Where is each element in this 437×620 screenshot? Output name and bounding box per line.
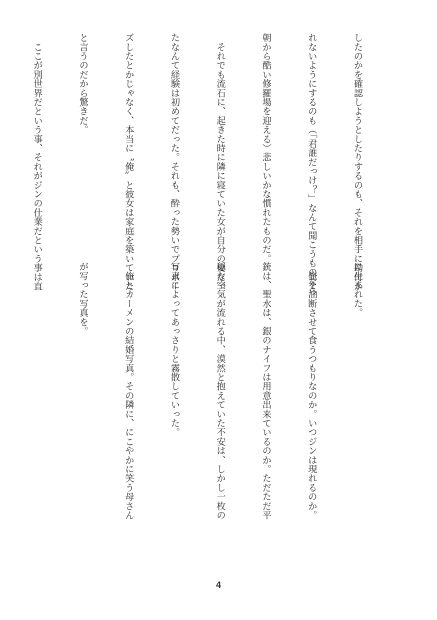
text-line: 俺を油断させて食うつもりなのか。いつジンは現れるのか。	[304, 262, 319, 466]
text-block-top: したのかを確認しようとしたりするのも、それを相手に勘付か れないようにするのも（…	[73, 33, 395, 237]
text-line: と言うのだから驚きだ。	[75, 33, 90, 237]
text-line: それでも流石に、起きた時に隣に寝ていた女が自分の妻だっ	[212, 33, 227, 237]
text-line: 俺とカーメンの結婚写真。その隣に、にこやかに笑う母さん	[121, 262, 136, 466]
text-line	[29, 262, 44, 466]
text-line: に生まれた。	[349, 262, 364, 466]
page-number: 4	[0, 580, 437, 590]
text-line: ここが別世界だという事、それがジンの仕業だという事は直	[29, 33, 44, 237]
text-line: 朝から酷い修羅場を迎える）悲しいかな慣れたものだ。	[258, 33, 273, 237]
text-line: が写った写真を。	[75, 262, 90, 466]
text-line: たなんて経験は初めてだった。それも、酔った勢いでプロポー	[166, 33, 181, 237]
text-line: れないようにするのも（「君誰だっけ？」なんて聞こうものなら	[304, 33, 319, 237]
book-page: したのかを確認しようとしたりするのも、それを相手に勘付か れないようにするのも（…	[0, 0, 437, 620]
text-block-bottom: に生まれた。 俺を油断させて食うつもりなのか。いつジンは現れるのか。 銃は、聖水…	[73, 262, 395, 466]
text-line: 穏な空気が流れる中、漠然と抱えていた不安は、しかし一枚の	[212, 262, 227, 466]
text-line: 銃は、聖水は、銀のナイフは用意出来ているのか。ただただ平	[258, 262, 273, 466]
text-line: 写真によってあっさりと霧散していった。	[166, 262, 181, 466]
text-line: ズしたとかじゃなく、本当に〝俺〟と彼女は家庭を築いていた	[121, 33, 136, 237]
text-line: したのかを確認しようとしたりするのも、それを相手に勘付か	[349, 33, 364, 237]
